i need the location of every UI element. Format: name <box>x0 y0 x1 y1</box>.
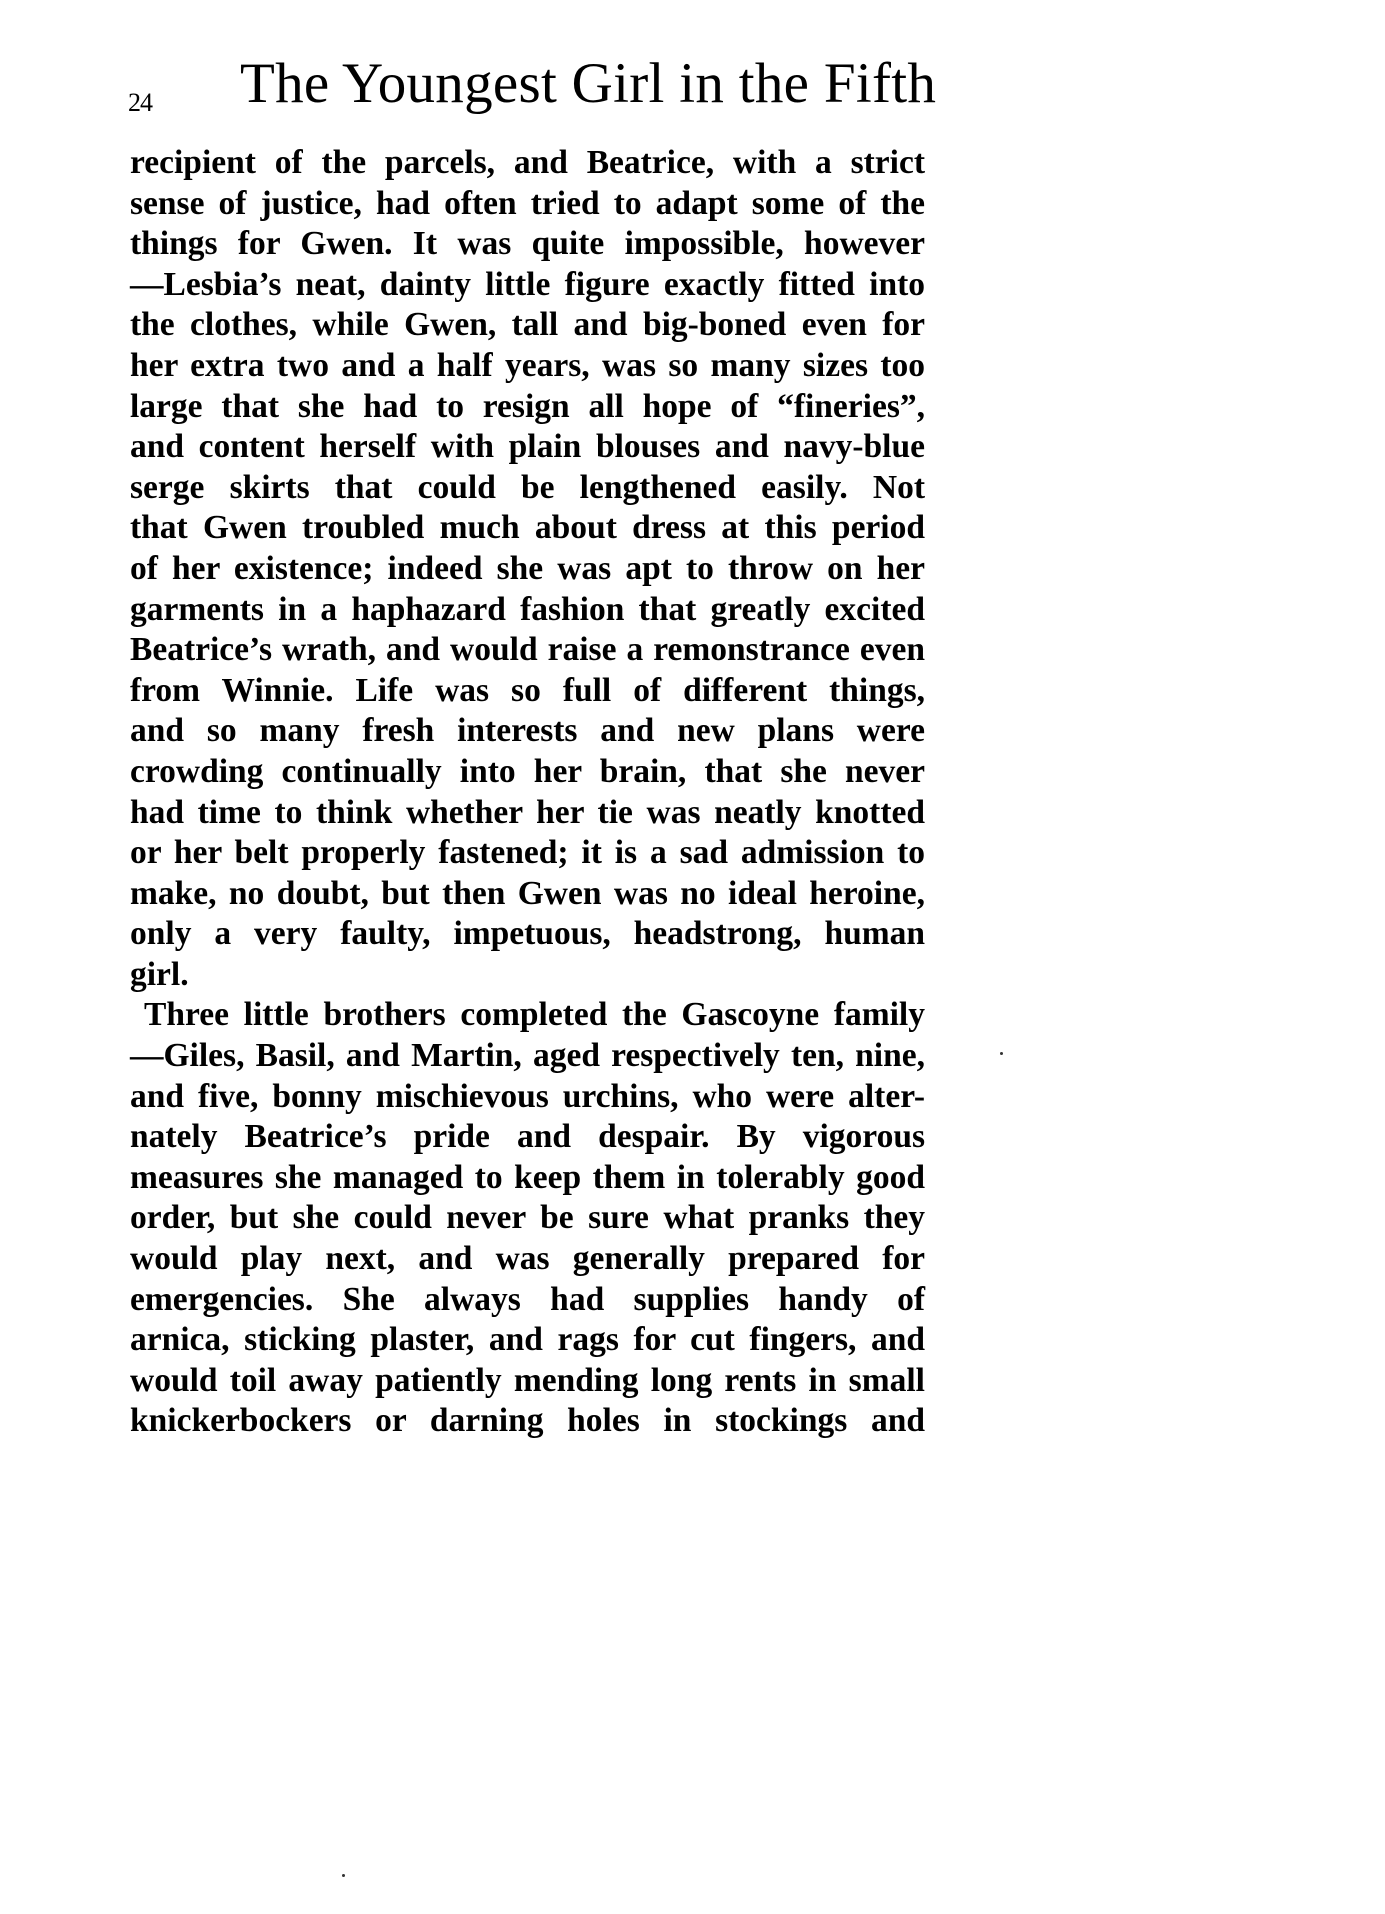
text-line: and five, bonny mischievous urchins, who… <box>130 1077 925 1118</box>
text-line: large that she had to resign all hope of… <box>130 387 925 428</box>
text-line: —Giles, Basil, and Martin, aged respecti… <box>130 1036 925 1077</box>
text-line: Three little brothers completed the Gasc… <box>130 995 925 1036</box>
text-line: garments in a haphazard fashion that gre… <box>130 590 925 631</box>
text-line: emergencies. She always had supplies han… <box>130 1280 925 1321</box>
text-line: nately Beatrice’s pride and despair. By … <box>130 1117 925 1158</box>
text-line: girl. <box>130 955 925 996</box>
text-line: —Lesbia’s neat, dainty little figure exa… <box>130 265 925 306</box>
text-line: would toil away patiently mending long r… <box>130 1361 925 1402</box>
text-line: serge skirts that could be lengthened ea… <box>130 468 925 509</box>
text-line: only a very faulty, impetuous, headstron… <box>130 914 925 955</box>
page-number: 24 <box>128 90 152 116</box>
page-header: 24 The Youngest Girl in the Fifth <box>128 52 928 122</box>
text-line: arnica, sticking plaster, and rags for c… <box>130 1320 925 1361</box>
text-line: measures she managed to keep them in tol… <box>130 1158 925 1199</box>
text-line: knickerbockers or darning holes in stock… <box>130 1401 925 1442</box>
text-line: that Gwen troubled much about dress at t… <box>130 508 925 549</box>
text-line: would play next, and was generally prepa… <box>130 1239 925 1280</box>
running-title: The Youngest Girl in the Fifth <box>240 52 936 116</box>
text-line: sense of justice, had often tried to ada… <box>130 184 925 225</box>
text-line: recipient of the parcels, and Beatrice, … <box>130 143 925 184</box>
text-line: and so many fresh interests and new plan… <box>130 711 925 752</box>
text-line: Beatrice’s wrath, and would raise a remo… <box>130 630 925 671</box>
body-text: recipient of the parcels, and Beatrice, … <box>130 143 925 1442</box>
scan-speck <box>1000 1052 1003 1055</box>
text-line: the clothes, while Gwen, tall and big-bo… <box>130 305 925 346</box>
text-line: order, but she could never be sure what … <box>130 1198 925 1239</box>
text-line: make, no doubt, but then Gwen was no ide… <box>130 874 925 915</box>
paragraph-1: recipient of the parcels, and Beatrice, … <box>130 143 925 995</box>
text-line: things for Gwen. It was quite impossible… <box>130 224 925 265</box>
scan-speck <box>342 1874 345 1877</box>
paragraph-2: Three little brothers completed the Gasc… <box>130 995 925 1442</box>
text-line: or her belt properly fastened; it is a s… <box>130 833 925 874</box>
text-line: of her existence; indeed she was apt to … <box>130 549 925 590</box>
text-line: had time to think whether her tie was ne… <box>130 793 925 834</box>
text-line: from Winnie. Life was so full of differe… <box>130 671 925 712</box>
text-line: crowding continually into her brain, tha… <box>130 752 925 793</box>
text-line: her extra two and a half years, was so m… <box>130 346 925 387</box>
text-line: and content herself with plain blouses a… <box>130 427 925 468</box>
